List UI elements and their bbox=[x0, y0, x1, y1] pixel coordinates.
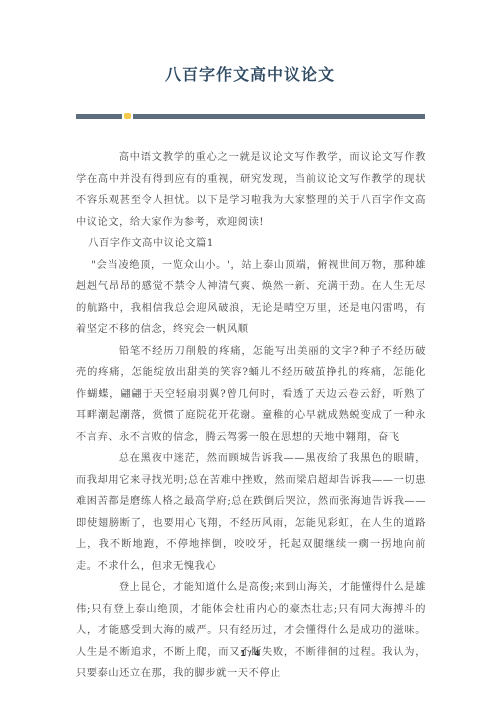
title-divider bbox=[76, 114, 425, 119]
body-paragraph: "会当凌绝顶，一览众山小。'，站上泰山顶端，俯视世间万物，那种雄赳赳气昂昂的感觉… bbox=[76, 255, 426, 341]
body-paragraph: 铅笔不经历刀削般的疼痛，怎能写出美丽的文字?种子不经历破壳的疼痛，怎能绽放出甜美… bbox=[76, 341, 426, 449]
intro-paragraph: 高中语文教学的重心之一就是议论文写作教学，而议论文写作教学在高中并没有得到应有的… bbox=[76, 147, 426, 233]
body-paragraph: 总在黑夜中迷茫，然而顾城告诉我——黑夜给了我黑色的眼睛，而我却用它来寻找光明;总… bbox=[76, 448, 426, 577]
divider-accent-icon bbox=[124, 113, 131, 119]
body-paragraph: 登上昆仑，才能知道什么是高俊;来到山海关，才能懂得什么是雄伟;只有登上泰山绝顶，… bbox=[76, 577, 426, 685]
document-title: 八百字作文高中议论文 bbox=[0, 62, 500, 85]
page-number: 1 / 4 bbox=[0, 649, 500, 658]
divider-right-bar bbox=[133, 114, 425, 119]
section-heading: 八百字作文高中议论文篇1 bbox=[76, 233, 426, 255]
divider-left-bar bbox=[76, 114, 122, 119]
document-body: 高中语文教学的重心之一就是议论文写作教学，而议论文写作教学在高中并没有得到应有的… bbox=[76, 147, 426, 685]
